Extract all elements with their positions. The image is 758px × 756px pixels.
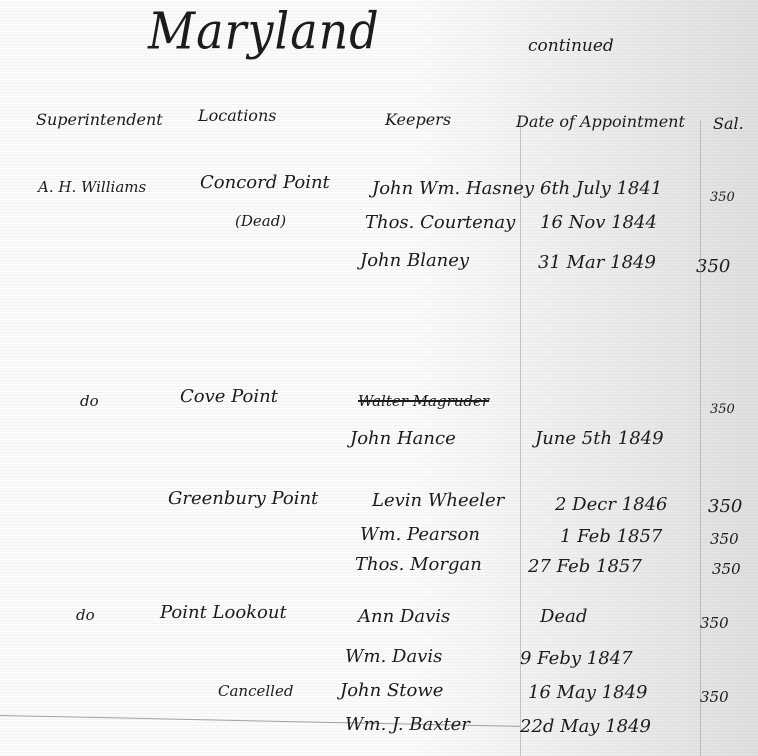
location-name: Point Lookout bbox=[160, 602, 287, 623]
keeper-name: Wm. Davis bbox=[345, 646, 442, 667]
salary-value: 350 bbox=[710, 190, 735, 205]
location-note: (Dead) bbox=[235, 212, 286, 230]
appointment-date: 22d May 1849 bbox=[520, 716, 651, 737]
appointment-date: Dead bbox=[540, 606, 587, 627]
salary-value: 350 bbox=[712, 560, 741, 578]
header-superintendent: Superintendent bbox=[36, 110, 163, 129]
appointment-date: 27 Feb 1857 bbox=[528, 556, 642, 577]
keeper-name: Wm. Pearson bbox=[360, 524, 480, 545]
location-name: Cove Point bbox=[180, 386, 278, 407]
keeper-name: Levin Wheeler bbox=[372, 490, 504, 511]
appointment-date: 16 Nov 1844 bbox=[540, 212, 657, 233]
superintendent-ditto: do bbox=[76, 606, 95, 624]
ledger-page: Maryland continued Superintendent Locati… bbox=[0, 0, 758, 756]
keeper-name: John Blaney bbox=[360, 250, 469, 271]
appointment-date: 9 Feby 1847 bbox=[520, 648, 633, 669]
salary-value: 350 bbox=[700, 614, 729, 632]
appointment-date: 16 May 1849 bbox=[528, 682, 648, 703]
appointment-date: 1 Feb 1857 bbox=[560, 526, 662, 547]
keeper-name: Thos. Morgan bbox=[355, 554, 482, 575]
appointment-date: 31 Mar 1849 bbox=[538, 252, 656, 273]
page-subtitle: continued bbox=[528, 36, 614, 56]
superintendent-ditto: do bbox=[80, 392, 99, 410]
superintendent-name: A. H. Williams bbox=[38, 178, 146, 196]
salary-value: 350 bbox=[696, 256, 730, 277]
keeper-name: Wm. J. Baxter bbox=[345, 714, 470, 735]
location-name: Greenbury Point bbox=[168, 488, 318, 509]
keeper-name: John Wm. Hasney bbox=[372, 178, 534, 199]
header-salary: Sal. bbox=[713, 114, 744, 133]
appointment-date: 2 Decr 1846 bbox=[555, 494, 667, 515]
keeper-name-struck: Walter Magruder bbox=[358, 392, 489, 410]
page-title: Maryland bbox=[148, 1, 380, 60]
salary-value: 350 bbox=[710, 530, 739, 548]
header-location: Locations bbox=[198, 106, 276, 125]
keeper-name: Thos. Courtenay bbox=[365, 212, 515, 233]
cancelled-note: Cancelled bbox=[218, 682, 293, 700]
header-date: Date of Appointment bbox=[516, 112, 685, 131]
keeper-name: John Hance bbox=[350, 428, 456, 449]
keeper-name: Ann Davis bbox=[358, 606, 450, 627]
appointment-date: 6th July 1841 bbox=[540, 178, 662, 199]
salary-value: 350 bbox=[700, 688, 729, 706]
column-rule-date-salary bbox=[700, 120, 701, 756]
salary-value: 350 bbox=[710, 402, 735, 417]
salary-value: 350 bbox=[708, 496, 742, 517]
appointment-date: June 5th 1849 bbox=[535, 428, 664, 449]
location-name: Concord Point bbox=[200, 172, 330, 193]
header-keepers: Keepers bbox=[385, 110, 451, 129]
keeper-name: John Stowe bbox=[340, 680, 443, 701]
